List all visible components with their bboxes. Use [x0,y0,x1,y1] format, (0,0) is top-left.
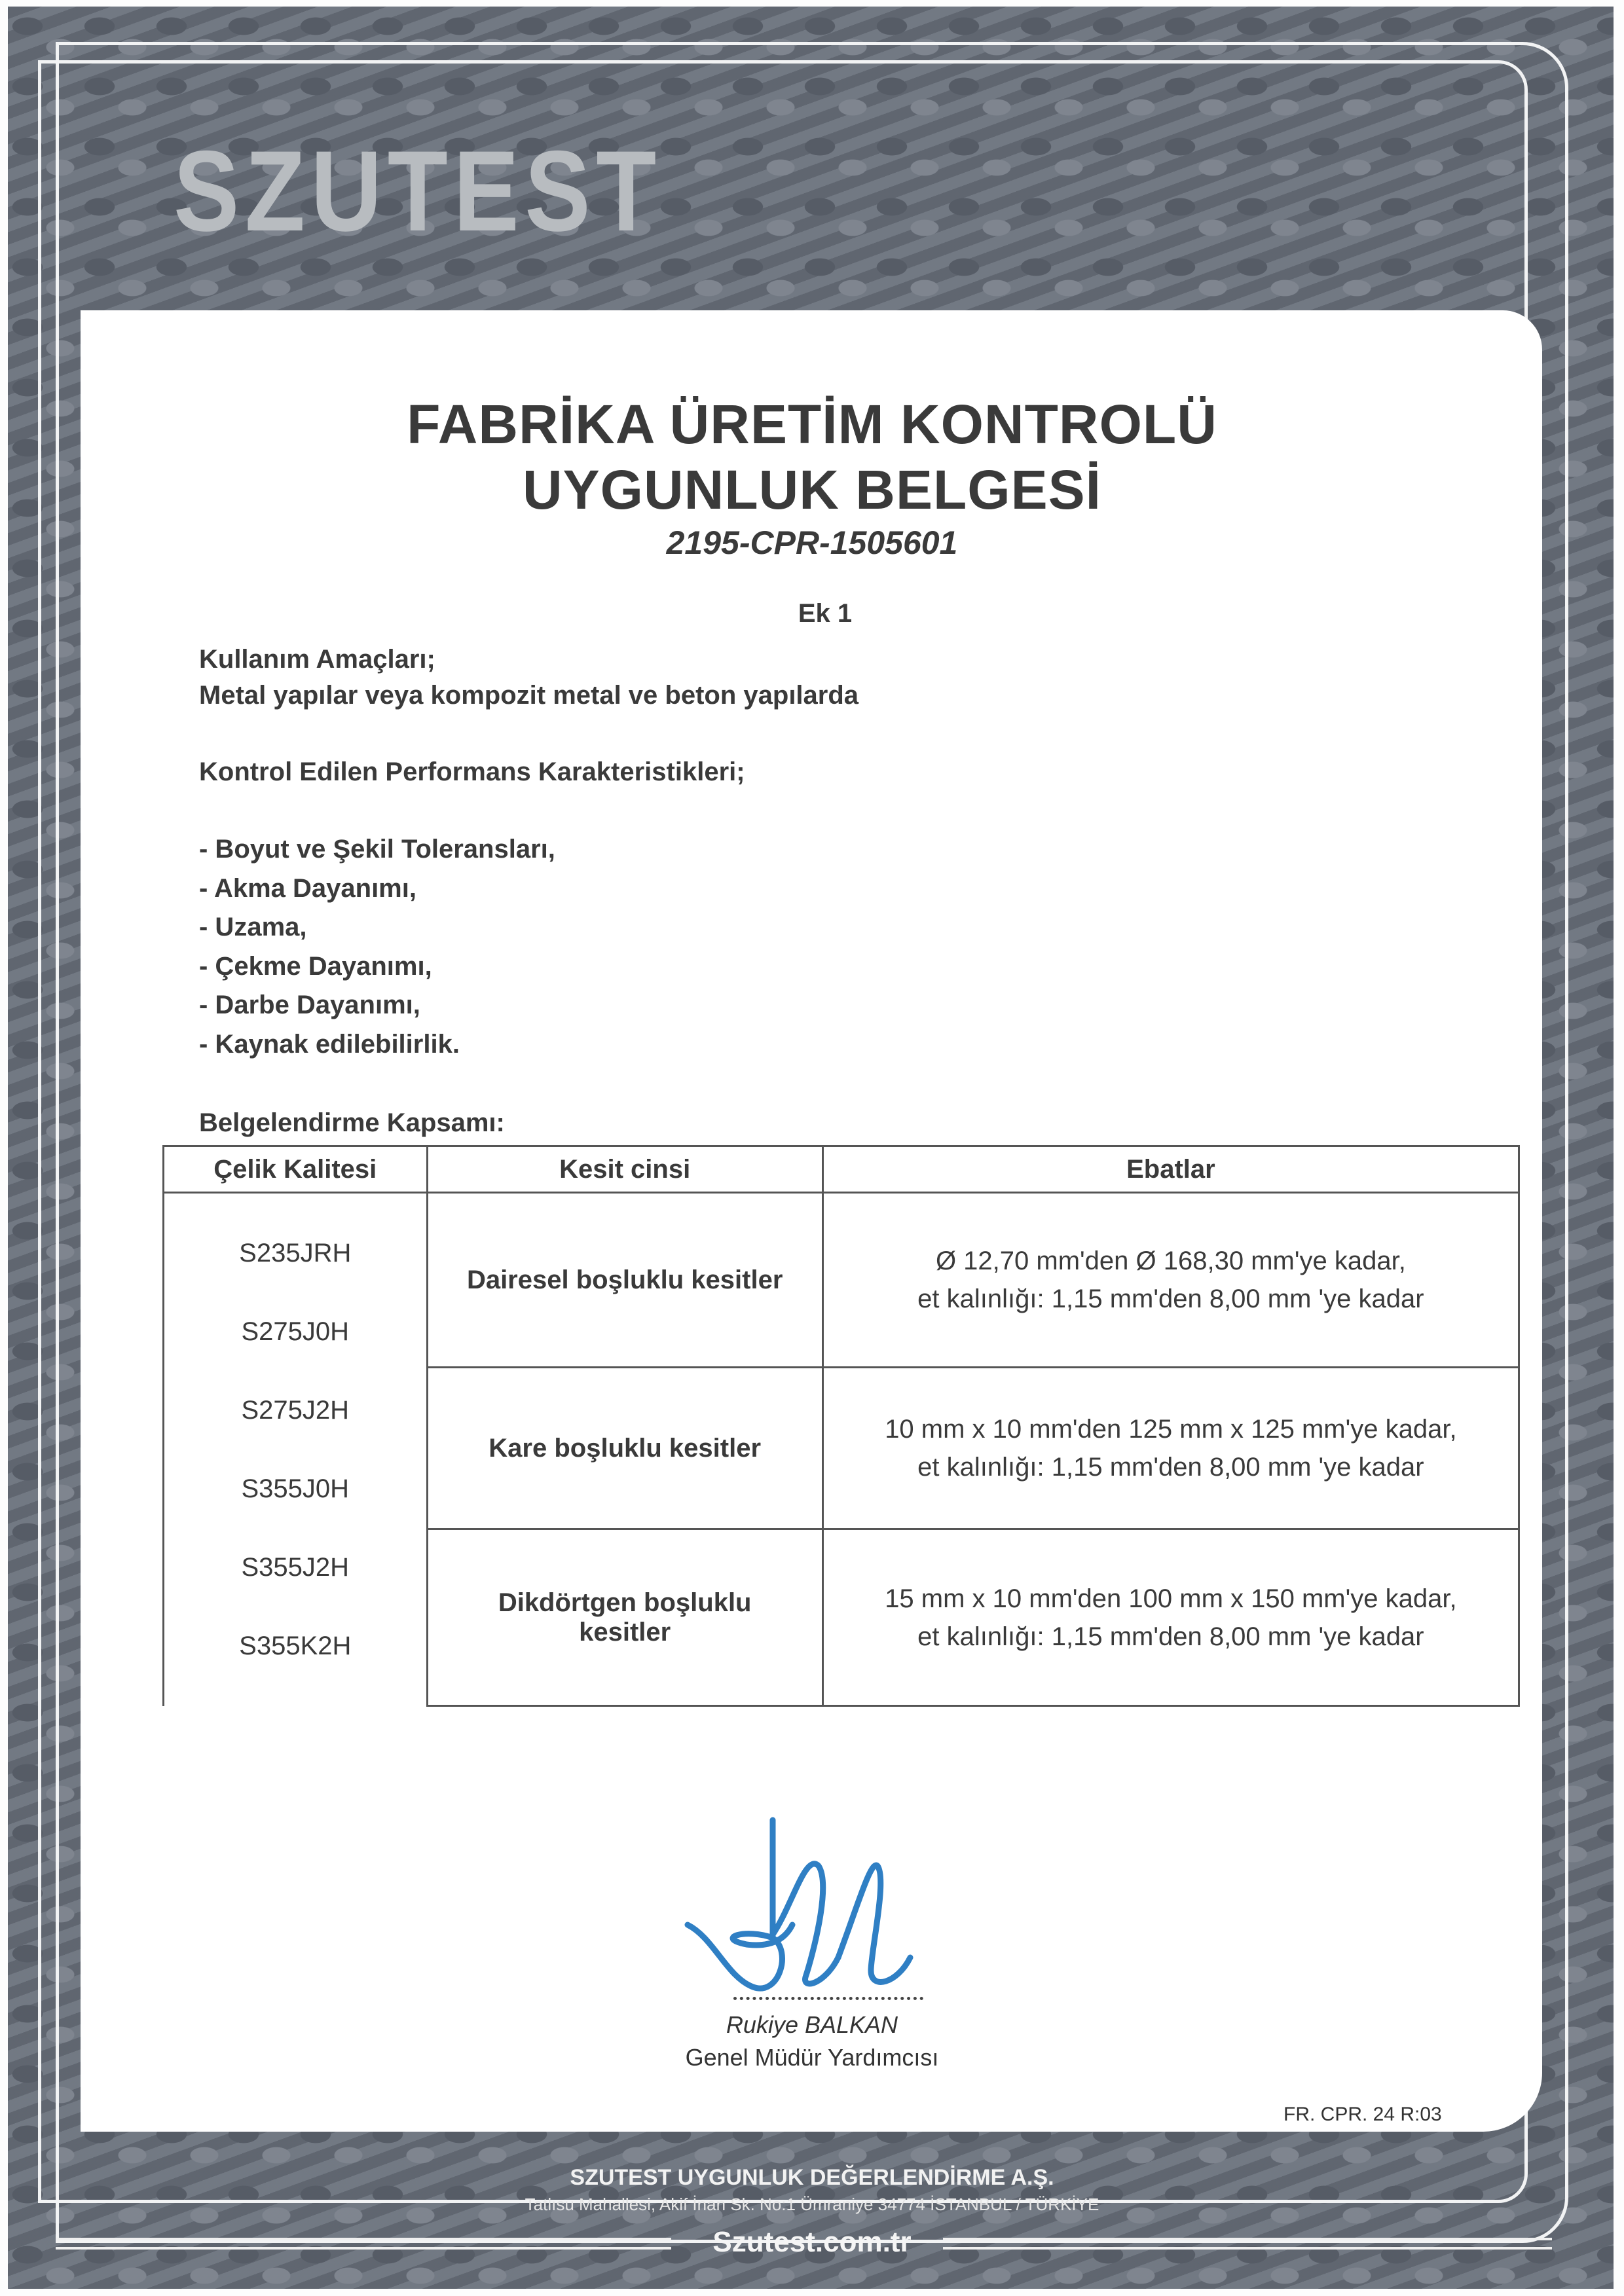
performance-item: - Kaynak edilebilirlik. [199,1025,555,1065]
performance-item: - Darbe Dayanımı, [199,986,555,1025]
signature-line [733,1997,923,2000]
form-code: FR. CPR. 24 R:03 [1283,2104,1442,2126]
section-type: Kare boşluklu kesitler [427,1368,822,1529]
header-steel-grade: Çelik Kalitesi [164,1146,428,1193]
section-type-line: kesitler [429,1618,821,1647]
performance-label: Kontrol Edilen Performans Karakteristikl… [199,757,745,787]
section-type-line: Dikdörtgen boşluklu [429,1588,821,1618]
wall-thickness: et kalınlığı: 1,15 mm'den 8,00 mm 'ye ka… [824,1618,1517,1656]
steel-grade: S355J0H [165,1449,426,1528]
intended-use-label: Kullanım Amaçları; [199,645,435,674]
steel-grade: S275J0H [165,1292,426,1371]
steel-grade: S235JRH [165,1214,426,1292]
table-header-row: Çelik Kalitesi Kesit cinsi Ebatlar [164,1146,1519,1193]
certificate-title-line1: FABRİKA ÜRETİM KONTROLÜ [0,393,1624,456]
signer-title: Genel Müdür Yardımcısı [0,2044,1624,2071]
dimensions-range: 10 mm x 10 mm'den 125 mm x 125 mm'ye kad… [824,1410,1517,1448]
header-section-type: Kesit cinsi [427,1146,822,1193]
table-row: S235JRH S275J0H S275J2H S355J0H S355J2H … [164,1193,1519,1368]
steel-grade: S355J2H [165,1528,426,1607]
intended-use-value: Metal yapılar veya kompozit metal ve bet… [199,681,858,710]
certificate-title-line2: UYGUNLUK BELGESİ [0,458,1624,522]
section-type: Dairesel boşluklu kesitler [427,1193,822,1368]
wall-thickness: et kalınlığı: 1,15 mm'den 8,00 mm 'ye ka… [824,1280,1517,1318]
footer-address: Tatlısu Mahallesi, Akif İnan Sk. No:1 Üm… [0,2195,1624,2215]
footer-website-link[interactable]: Szutest.com.tr [0,2226,1624,2259]
steel-grade: S275J2H [165,1371,426,1449]
dimensions-range: Ø 12,70 mm'den Ø 168,30 mm'ye kadar, [824,1242,1517,1280]
performance-item: - Uzama, [199,908,555,947]
dimensions: 10 mm x 10 mm'den 125 mm x 125 mm'ye kad… [822,1368,1519,1529]
wall-thickness: et kalınlığı: 1,15 mm'den 8,00 mm 'ye ka… [824,1448,1517,1486]
annex-label: Ek 1 [0,599,1624,629]
certificate-number: 2195-CPR-1505601 [0,524,1624,562]
performance-item: - Boyut ve Şekil Toleransları, [199,830,555,869]
dimensions: 15 mm x 10 mm'den 100 mm x 150 mm'ye kad… [822,1529,1519,1706]
scope-label: Belgelendirme Kapsamı: [199,1108,505,1138]
dimensions: Ø 12,70 mm'den Ø 168,30 mm'ye kadar, et … [822,1193,1519,1368]
header-dimensions: Ebatlar [822,1146,1519,1193]
scope-table: Çelik Kalitesi Kesit cinsi Ebatlar S235J… [162,1145,1520,1707]
dimensions-range: 15 mm x 10 mm'den 100 mm x 150 mm'ye kad… [824,1580,1517,1618]
steel-grade: S355K2H [165,1607,426,1685]
szutest-logo: SZUTEST [174,134,662,249]
footer-company: SZUTEST UYGUNLUK DEĞERLENDİRME A.Ş. [0,2165,1624,2191]
steel-grade-list: S235JRH S275J0H S275J2H S355J0H S355J2H … [164,1193,428,1706]
performance-item: - Akma Dayanımı, [199,869,555,909]
section-type: Dikdörtgen boşluklu kesitler [427,1529,822,1706]
signer-name: Rukiye BALKAN [0,2011,1624,2039]
performance-list: - Boyut ve Şekil Toleransları, - Akma Da… [199,830,555,1064]
signature-icon [674,1807,950,2003]
performance-item: - Çekme Dayanımı, [199,947,555,987]
